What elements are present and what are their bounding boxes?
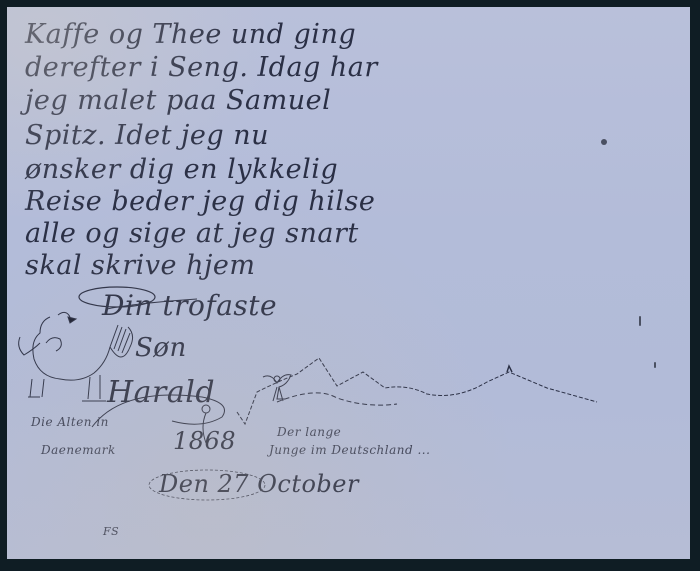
letter-line-5: ønsker dig en lykkelig: [25, 154, 338, 185]
bird-on-mountain-drawing: [259, 369, 299, 419]
ink-speck: [639, 316, 641, 326]
signature-loop-icon: [82, 387, 242, 447]
corner-mark: FS: [103, 525, 119, 538]
letter-line-1: Kaffe og Thee und ging: [25, 19, 356, 50]
letter-line-6: Reise beder jeg dig hilse: [25, 186, 375, 217]
closing-line-2: Søn: [135, 333, 187, 363]
letter-page: Kaffe og Thee und ging derefter i Seng. …: [7, 7, 690, 559]
letter-line-3: jeg malet paa Samuel: [25, 85, 331, 116]
caption-right-line-2: Junge im Deutschland ...: [269, 443, 430, 457]
letter-line-2: derefter i Seng. Idag har: [25, 52, 378, 83]
date-flourish-icon: [147, 467, 267, 507]
ink-speck: [654, 362, 656, 368]
letter-line-4: Spitz. Idet jeg nu: [25, 120, 269, 151]
letter-line-8: skal skrive hjem: [25, 250, 255, 281]
ink-speck: [601, 139, 607, 145]
letter-line-7: alle og sige at jeg snart: [25, 218, 359, 249]
